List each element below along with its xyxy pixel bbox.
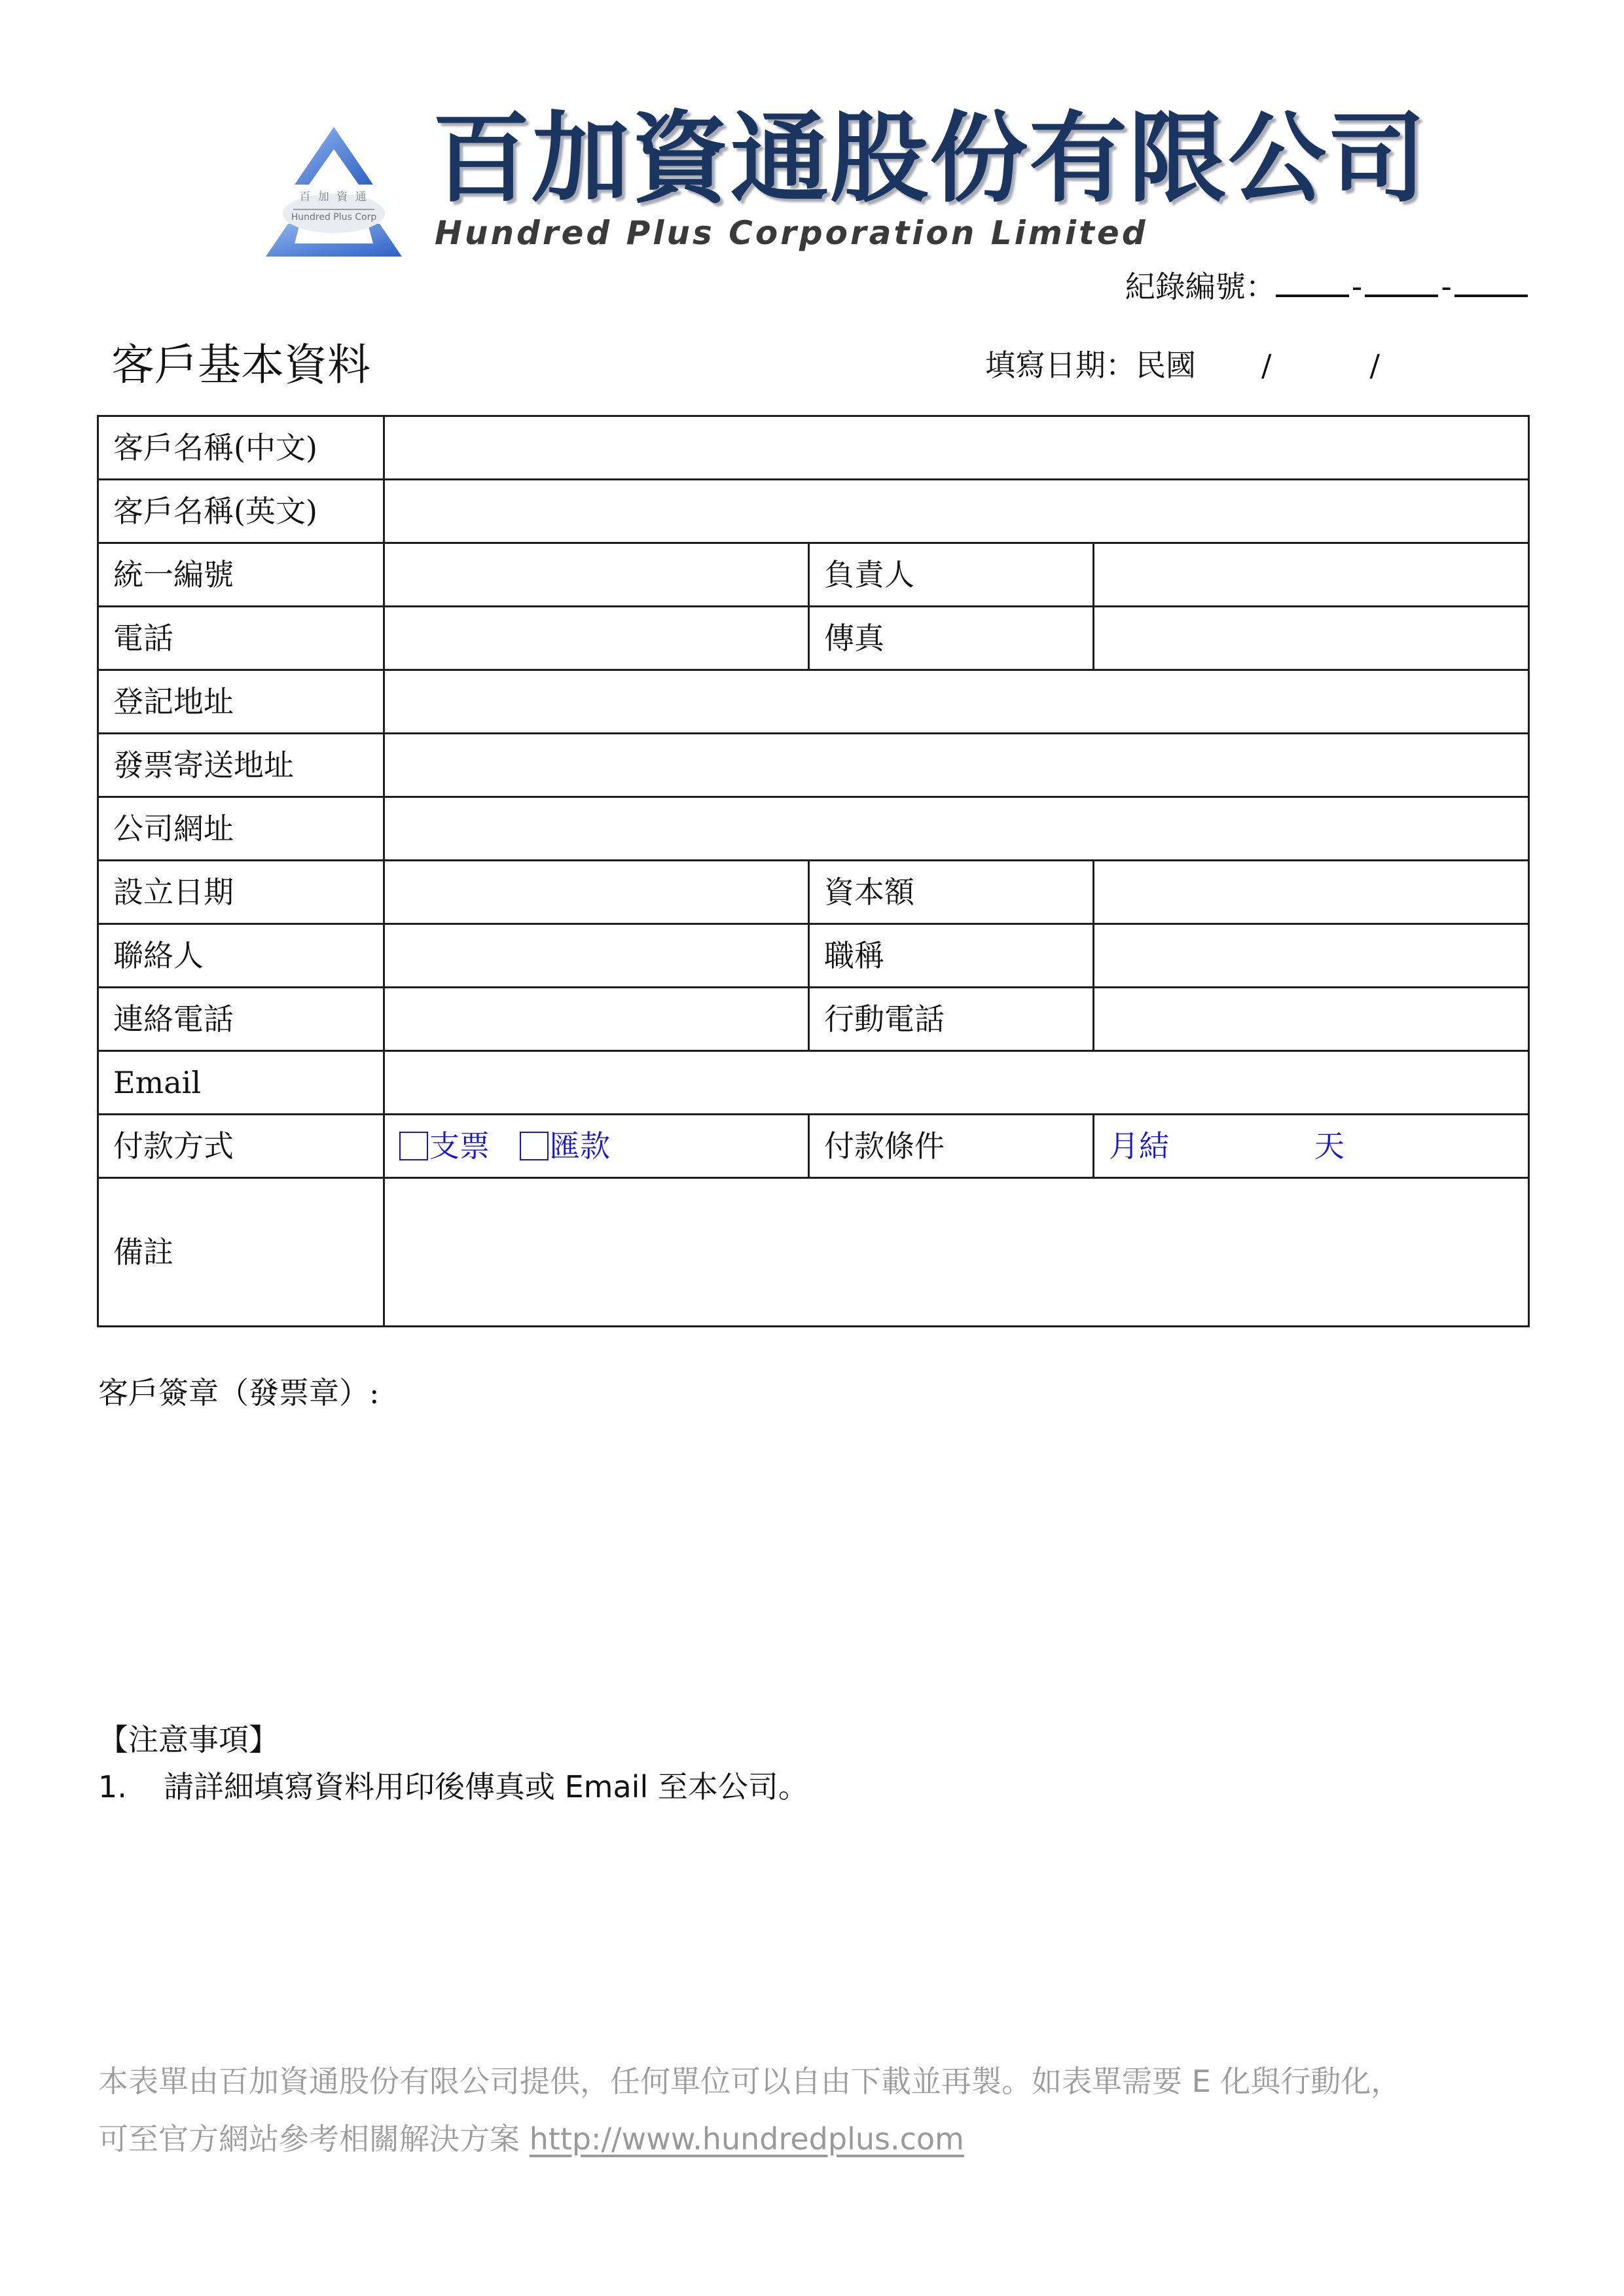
table-row: 客戶名稱(英文) bbox=[98, 480, 1529, 543]
field-label: 備註 bbox=[98, 1178, 384, 1327]
job-title-cell[interactable] bbox=[1094, 924, 1529, 988]
invoice-address-cell[interactable] bbox=[384, 734, 1529, 797]
record-number-part2[interactable] bbox=[1365, 268, 1438, 297]
established-date-cell[interactable] bbox=[384, 861, 809, 924]
checkbox-icon[interactable] bbox=[399, 1132, 428, 1160]
contact-phone-input[interactable] bbox=[385, 988, 808, 1050]
registered-address-cell[interactable] bbox=[384, 670, 1529, 734]
field-label: Email bbox=[98, 1051, 384, 1115]
fill-date-separator: / bbox=[1370, 346, 1380, 385]
company-name-en: Hundred Plus Corporation Limited bbox=[435, 215, 1148, 251]
fax-cell[interactable] bbox=[1094, 607, 1529, 670]
fax-input[interactable] bbox=[1094, 607, 1528, 669]
field-label: 付款方式 bbox=[98, 1115, 384, 1178]
payment-option-cheque[interactable]: 支票 bbox=[399, 1128, 490, 1164]
field-label: 連絡電話 bbox=[98, 988, 384, 1051]
capital-input[interactable] bbox=[1094, 861, 1528, 923]
company-name-cn: 百加資通股份有限公司 bbox=[432, 110, 1427, 208]
website-link[interactable]: http://www.hundredplus.com bbox=[530, 2121, 964, 2157]
field-label: 發票寄送地址 bbox=[98, 734, 384, 797]
table-row: 付款方式 支票匯款 付款條件 月結天 bbox=[98, 1115, 1529, 1178]
field-label: 行動電話 bbox=[809, 988, 1094, 1051]
notes-item: 1.請詳細填寫資料用印後傳真或 Email 至本公司。 bbox=[98, 1767, 808, 1806]
mobile-phone-cell[interactable] bbox=[1094, 988, 1529, 1051]
field-label: 聯絡人 bbox=[98, 924, 384, 988]
phone-cell[interactable] bbox=[384, 607, 809, 670]
field-label: 客戶名稱(英文) bbox=[98, 480, 384, 543]
record-number-part3[interactable] bbox=[1454, 268, 1528, 297]
payment-option-transfer[interactable]: 匯款 bbox=[520, 1128, 610, 1164]
capital-cell[interactable] bbox=[1094, 861, 1529, 924]
record-number-separator: - bbox=[1438, 268, 1454, 305]
customer-info-table: 客戶名稱(中文) 客戶名稱(英文) 統一編號 負責人 電話 傳真 登記地址 發票… bbox=[97, 415, 1530, 1327]
customer-name-en-cell[interactable] bbox=[384, 480, 1529, 543]
field-label: 公司網址 bbox=[98, 797, 384, 861]
contact-person-cell[interactable] bbox=[384, 924, 809, 988]
remarks-textarea[interactable] bbox=[385, 1175, 1528, 1321]
record-number-separator: - bbox=[1349, 268, 1365, 305]
record-number: 紀錄編號：-- bbox=[1125, 268, 1528, 305]
footer-line-2: 可至官方網站參考相關解決方案 http://www.hundredplus.co… bbox=[98, 2110, 1401, 2168]
representative-input[interactable] bbox=[1094, 544, 1528, 605]
email-cell[interactable] bbox=[384, 1051, 1529, 1115]
logo-cn-text: 百 加 資 通 bbox=[257, 187, 411, 204]
table-row: 備註 bbox=[98, 1178, 1529, 1327]
footer-line-1: 本表單由百加資通股份有限公司提供，任何單位可以自由下載並再製。如表單需要 E 化… bbox=[98, 2053, 1401, 2110]
checkbox-icon[interactable] bbox=[520, 1132, 549, 1160]
record-number-label: 紀錄編號： bbox=[1125, 269, 1276, 304]
form-title: 客戶基本資料 bbox=[111, 339, 370, 391]
notes-item-text: 請詳細填寫資料用印後傳真或 Email 至本公司。 bbox=[164, 1769, 808, 1804]
record-number-part1[interactable] bbox=[1276, 268, 1349, 297]
mobile-phone-input[interactable] bbox=[1094, 988, 1528, 1050]
tax-id-cell[interactable] bbox=[384, 543, 809, 607]
table-row: 電話 傳真 bbox=[98, 607, 1529, 670]
table-row: 客戶名稱(中文) bbox=[98, 416, 1529, 480]
field-label: 客戶名稱(中文) bbox=[98, 416, 384, 480]
representative-cell[interactable] bbox=[1094, 543, 1529, 607]
table-row: Email bbox=[98, 1051, 1529, 1115]
website-cell[interactable] bbox=[384, 797, 1529, 861]
field-label: 登記地址 bbox=[98, 670, 384, 734]
contact-phone-cell[interactable] bbox=[384, 988, 809, 1051]
footer-line-2-text: 可至官方網站參考相關解決方案 bbox=[98, 2121, 530, 2157]
table-row: 設立日期 資本額 bbox=[98, 861, 1529, 924]
field-label: 電話 bbox=[98, 607, 384, 670]
customer-name-cn-input[interactable] bbox=[385, 417, 1528, 478]
email-input[interactable] bbox=[385, 1052, 1528, 1113]
payment-terms-prefix: 月結 bbox=[1109, 1128, 1169, 1164]
website-input[interactable] bbox=[385, 798, 1528, 859]
table-row: 公司網址 bbox=[98, 797, 1529, 861]
customer-name-cn-cell[interactable] bbox=[384, 416, 1529, 480]
registered-address-input[interactable] bbox=[385, 671, 1528, 732]
contact-person-input[interactable] bbox=[385, 925, 808, 986]
field-label: 職稱 bbox=[809, 924, 1094, 988]
job-title-input[interactable] bbox=[1094, 925, 1528, 986]
payment-terms-cell[interactable]: 月結天 bbox=[1094, 1115, 1529, 1178]
fill-date-label: 填寫日期：民國 bbox=[985, 348, 1196, 383]
table-row: 統一編號 負責人 bbox=[98, 543, 1529, 607]
payment-option-label: 支票 bbox=[429, 1128, 490, 1164]
field-label: 設立日期 bbox=[98, 861, 384, 924]
field-label: 負責人 bbox=[809, 543, 1094, 607]
field-label: 付款條件 bbox=[809, 1115, 1094, 1178]
phone-input[interactable] bbox=[385, 607, 808, 669]
field-label: 傳真 bbox=[809, 607, 1094, 670]
remarks-cell[interactable] bbox=[384, 1178, 1529, 1327]
notes-item-number: 1. bbox=[98, 1767, 164, 1806]
table-row: 連絡電話 行動電話 bbox=[98, 988, 1529, 1051]
payment-method-cell: 支票匯款 bbox=[384, 1115, 809, 1178]
field-label: 統一編號 bbox=[98, 543, 384, 607]
tax-id-input[interactable] bbox=[385, 544, 808, 605]
table-row: 發票寄送地址 bbox=[98, 734, 1529, 797]
notes-title: 【注意事項】 bbox=[98, 1720, 279, 1759]
footer: 本表單由百加資通股份有限公司提供，任何單位可以自由下載並再製。如表單需要 E 化… bbox=[98, 2053, 1401, 2168]
established-date-input[interactable] bbox=[385, 861, 808, 923]
table-row: 聯絡人 職稱 bbox=[98, 924, 1529, 988]
table-row: 登記地址 bbox=[98, 670, 1529, 734]
payment-terms-suffix: 天 bbox=[1314, 1128, 1344, 1164]
invoice-address-input[interactable] bbox=[385, 734, 1528, 796]
payment-option-label: 匯款 bbox=[550, 1128, 610, 1164]
field-label: 資本額 bbox=[809, 861, 1094, 924]
fill-date-separator: / bbox=[1261, 346, 1272, 385]
company-logo: 百 加 資 通 Hundred Plus Corp bbox=[257, 122, 411, 257]
signature-label: 客戶簽章（發票章）: bbox=[98, 1373, 380, 1412]
fill-date: 填寫日期：民國// bbox=[985, 346, 1380, 385]
customer-name-en-input[interactable] bbox=[385, 480, 1528, 542]
logo-en-text: Hundred Plus Corp bbox=[257, 212, 411, 223]
